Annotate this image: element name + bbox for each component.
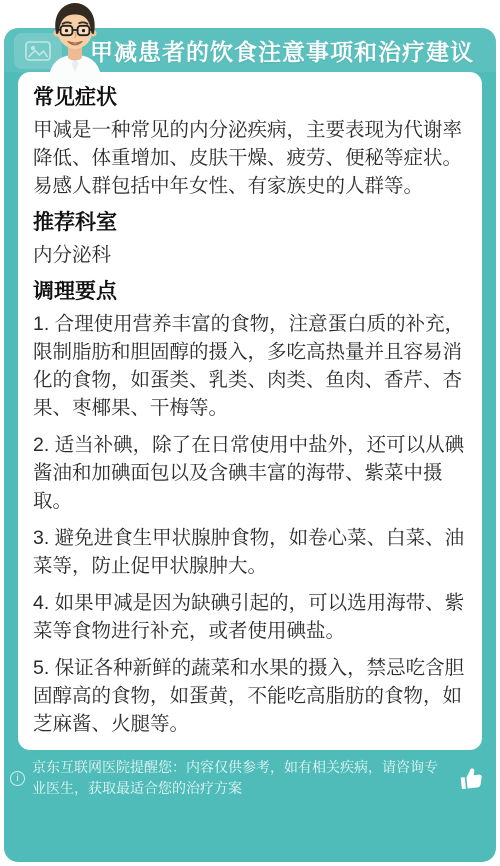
care-point-item: 5. 保证各种新鲜的蔬菜和水果的摄入，禁忌吃含胆固醇高的食物，如蛋黄，不能吃高脂… [33, 654, 467, 738]
thumbs-up-icon [458, 765, 485, 792]
care-point-item: 2. 适当补碘，除了在日常使用中盐外，还可以从碘酱油和加碘面包以及含碘丰富的海带… [33, 431, 467, 515]
section-heading-department: 推荐科室 [33, 209, 467, 237]
doctor-avatar [36, 2, 114, 84]
department-paragraph: 内分泌科 [33, 241, 467, 269]
footer-disclaimer: 京东互联网医院提醒您：内容仅供参考，如有相关疾病，请咨询专业医生，获取最适合您的… [32, 757, 449, 799]
content-card: 常见症状 甲减是一种常见的内分泌疾病，主要表现为代谢率降低、体重增加、皮肤干燥、… [18, 72, 482, 750]
info-icon: i [10, 771, 25, 786]
like-button[interactable] [456, 763, 486, 793]
care-point-item: 4. 如果甲减是因为缺碘引起的，可以选用海带、紫菜等食物进行补充，或者使用碘盐。 [33, 589, 467, 645]
section-heading-care-points: 调理要点 [33, 278, 467, 306]
care-point-item: 1. 合理使用营养丰富的食物，注意蛋白质的补充，限制脂肪和胆固醇的摄入，多吃高热… [33, 310, 467, 422]
section-heading-symptoms: 常见症状 [33, 84, 467, 112]
footer-disclaimer-bar: i 京东互联网医院提醒您：内容仅供参考，如有相关疾病，请咨询专业医生，获取最适合… [4, 750, 496, 799]
page-title: 甲减患者的饮食注意事项和治疗建议 [90, 34, 474, 67]
teal-frame: 甲减患者的饮食注意事项和治疗建议 常见症状 甲减是一种常见的内分泌疾病，主要表现… [4, 28, 496, 862]
care-point-item: 3. 避免进食生甲状腺肿食物，如卷心菜、白菜、油菜等，防止促甲状腺肿大。 [33, 524, 467, 580]
symptoms-paragraph: 甲减是一种常见的内分泌疾病，主要表现为代谢率降低、体重增加、皮肤干燥、疲劳、便秘… [33, 116, 467, 200]
